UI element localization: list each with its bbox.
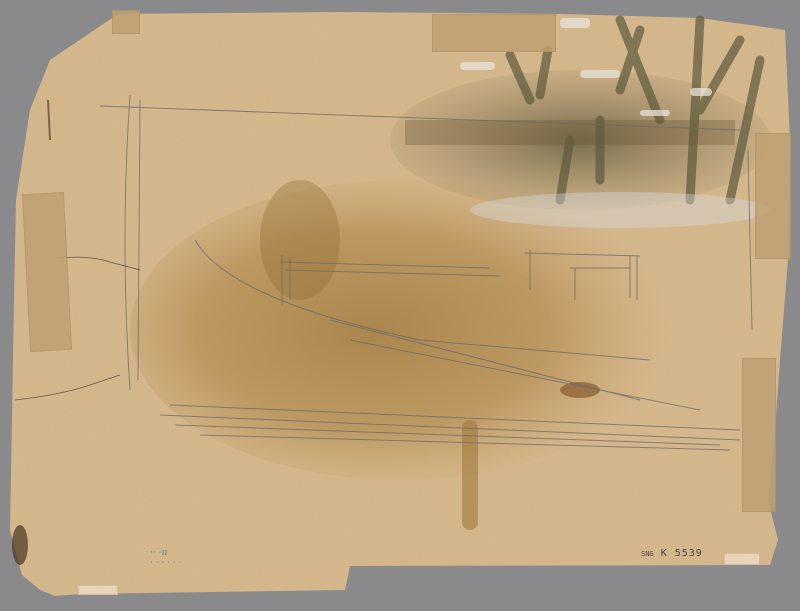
stamp-prefix: SNG [641, 550, 654, 558]
tape-bottom-left [78, 585, 118, 595]
blue-inscription: ·· ·ıı · · · · · · [150, 548, 181, 568]
tape-left [22, 192, 72, 352]
paper-sheet [0, 0, 800, 611]
tape-right-upper [755, 133, 791, 259]
tape-top-center [432, 14, 556, 52]
artwork-scan: ·· ·ıı · · · · · · SNG K 5539 [0, 0, 800, 611]
inscription-line-2: · · · · · · [150, 558, 181, 568]
stamp-number: K 5539 [661, 548, 703, 559]
tape-top-left [112, 10, 140, 34]
tape-right-lower [742, 358, 776, 512]
inscription-line-1: ·· ·ıı [150, 548, 181, 558]
inventory-stamp: SNG K 5539 [641, 548, 703, 559]
tape-bottom-right [724, 553, 760, 565]
